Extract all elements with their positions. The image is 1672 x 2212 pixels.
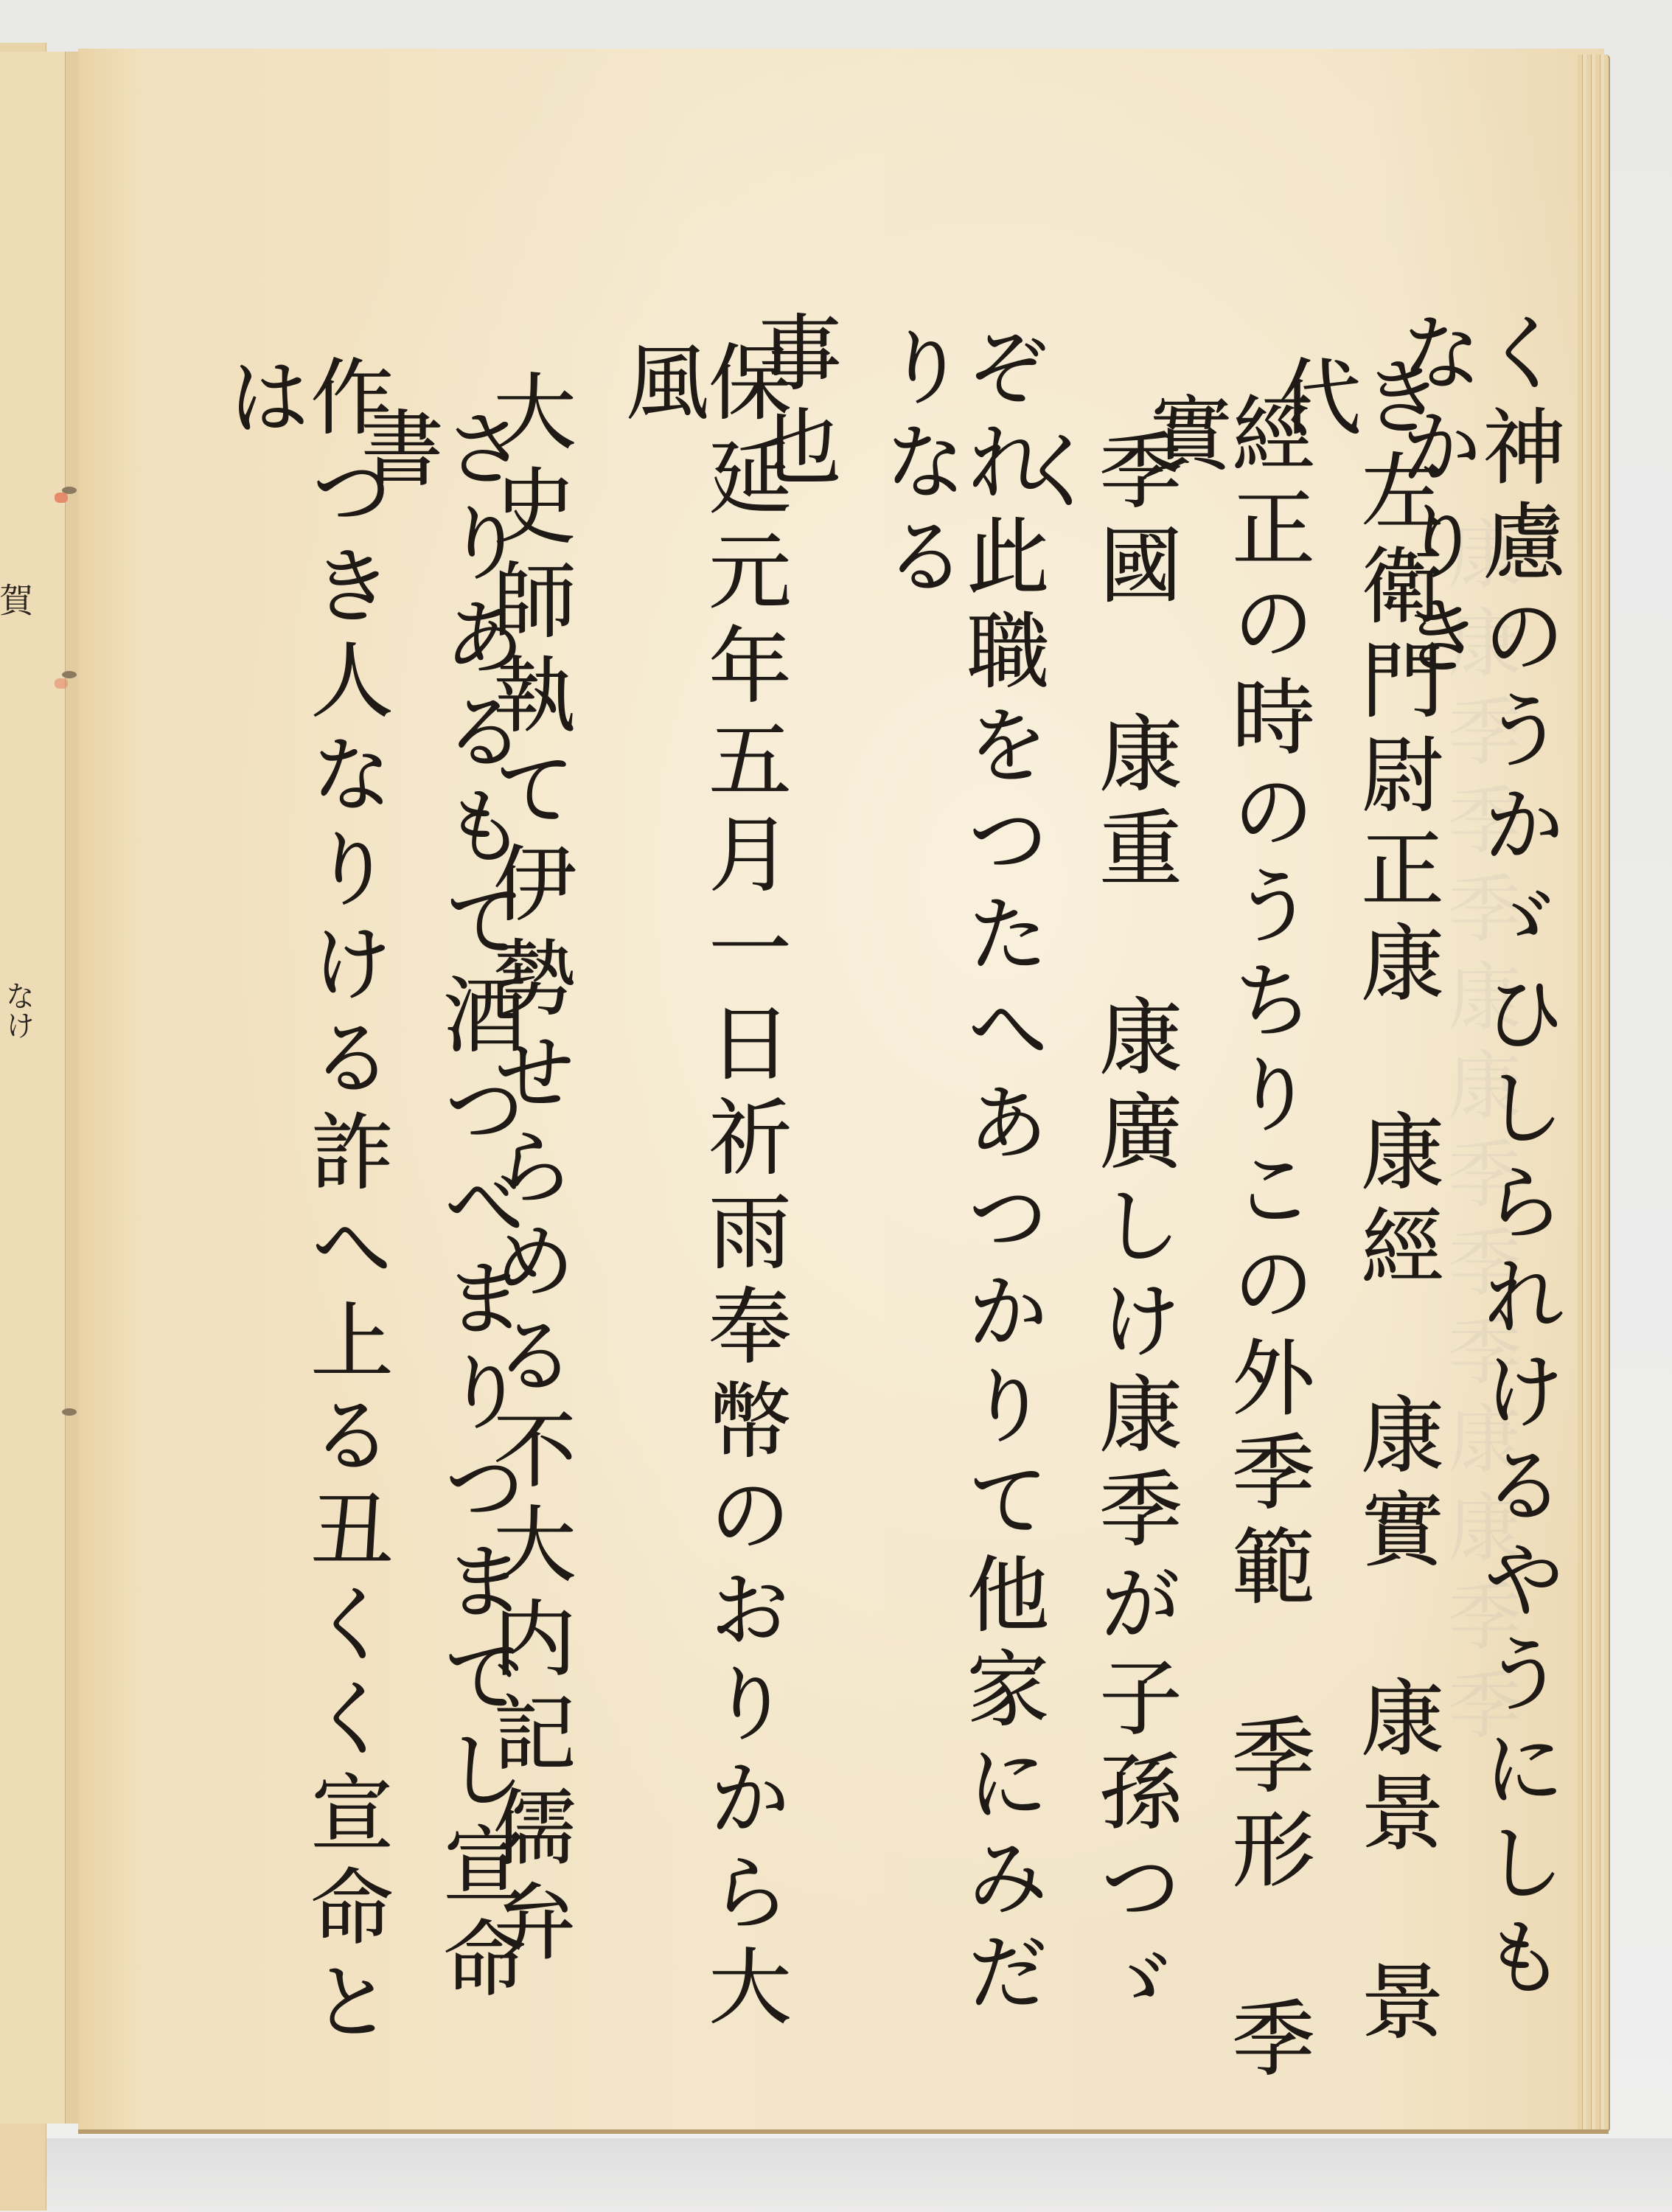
- left-page-leaf: 賀 なけ: [0, 52, 68, 2124]
- text-column-7: 保延元年五月一日祈雨奉幣のおりから大風: [619, 339, 784, 2094]
- text-column-5: ぞれ此職をつたへあつかりて他家にみだりなる: [877, 324, 1042, 2094]
- table-shadow: [0, 2138, 1672, 2212]
- binding-stitch-hole: [62, 1408, 77, 1416]
- book-gutter-binding: [65, 52, 80, 2124]
- red-seal-mark: [55, 678, 68, 689]
- text-columns: く神慮のうかゞひしられけるやうにしもなかりき き左衛門尉正康 康經 康實 康景 …: [140, 310, 1504, 2094]
- text-column-10: 作つき人なりける詐へ上る丑くく宣命とは: [221, 354, 386, 2094]
- page-bottom-edge: [78, 2129, 1609, 2134]
- left-leaf-fragment-top: 賀: [1, 582, 31, 616]
- red-seal-mark: [55, 493, 68, 503]
- page-edges-stack: [1578, 55, 1610, 2132]
- binding-stitch-hole: [62, 671, 77, 678]
- left-leaf-fragment-bottom: なけ: [0, 981, 32, 1040]
